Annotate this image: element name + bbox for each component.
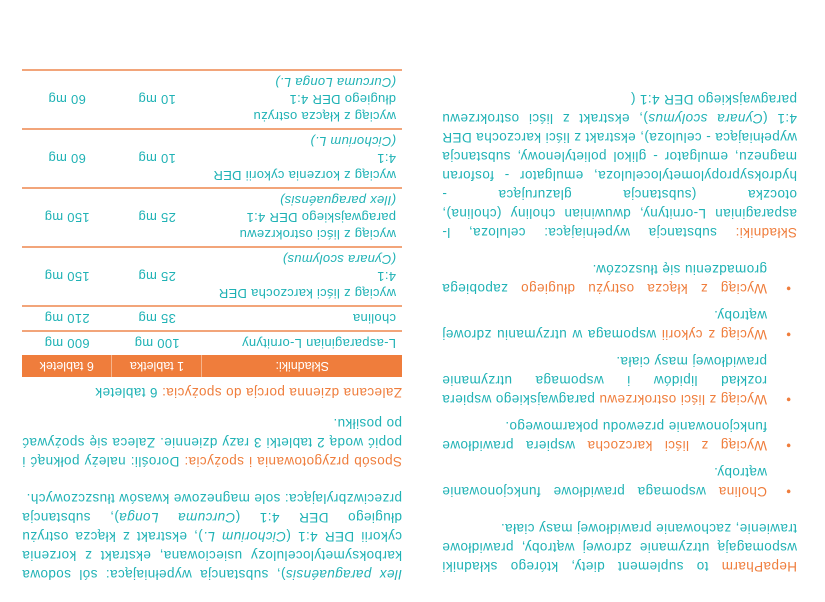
usage-paragraph: Sposób przygotowania i spożycia: Dorośli… [22, 414, 402, 471]
ingredients-table: Składniki: 1 tabletka 6 tabletek L-aspar… [22, 69, 402, 377]
right-column: Ilex paraguaénsis), substancja wypełniaj… [0, 0, 420, 602]
bullet-icon: • [786, 482, 791, 501]
ingredient-name: wyciąg z liści karczocha DER 4:1(Cynara … [202, 247, 402, 306]
ingredient-name: wyciąg z kłącza ostryżu długiego DER 4:1… [202, 70, 402, 129]
daily-dose-label: Zalecana dzienna porcja do spożycia: [162, 385, 402, 400]
per-tablet-value: 100 mg [112, 331, 202, 355]
bullet-icon: • [786, 325, 791, 344]
per-tablet-value: 35 mg [112, 306, 202, 331]
latin-name: Cynara scolymus [648, 111, 763, 126]
benefit-text: wspomaga prawidłowe funkcjonowanie wątro… [442, 465, 767, 499]
per-tablet-value: 10 mg [112, 129, 202, 188]
ingredient-label: wyciąg z liści ostrokrzewu paragwajskieg… [239, 210, 396, 242]
benefit-highlight: Wyciąg z liści ostrokrzewu [599, 392, 767, 407]
daily-value: 60 mg [22, 70, 112, 129]
bullet-icon: • [786, 436, 791, 455]
bullet-icon: • [786, 390, 791, 409]
table-row: wyciąg z liści karczocha DER 4:1(Cynara … [22, 247, 402, 306]
table-row: wyciąg z korzenia cykorii DER 4:1(Cichor… [22, 129, 402, 188]
list-item: •Cholina wspomaga prawidłowe funkcjonowa… [442, 463, 797, 501]
daily-value: 210 mg [22, 306, 112, 331]
daily-value: 150 mg [22, 247, 112, 306]
usage-label: Sposób przygotowania i spożycia: [184, 454, 402, 469]
latin-name: Ilex paraguaénsis [285, 567, 402, 582]
leaflet-page: HepaPharm to suplement diety, którego sk… [0, 0, 825, 602]
ingredient-label: cholina [353, 311, 396, 326]
ingredient-label: wyciąg z liści karczocha DER 4:1 [219, 269, 396, 301]
latin-name: (Ilex paraguaénsis) [280, 193, 396, 208]
ingredient-name: wyciąg z korzenia cykorii DER 4:1(Cichor… [202, 129, 402, 188]
ingredient-name: cholina [202, 306, 402, 331]
bullet-icon: • [786, 279, 791, 298]
brand-name: HepaPharm [721, 559, 797, 574]
ingredient-label: wyciąg z kłącza ostryżu długiego DER 4:1 [253, 92, 396, 124]
table-row: wyciąg z liści ostrokrzewu paragwajskieg… [22, 188, 402, 247]
benefit-highlight: Wyciąg z kłącza ostryżu długiego [521, 281, 767, 296]
daily-value: 60 mg [22, 129, 112, 188]
ingredient-label: L-asparaginian L-ornityny [242, 336, 396, 351]
daily-dose-value: 6 tabletek [95, 385, 162, 400]
latin-name: Cichorium L. [203, 529, 286, 544]
daily-value: 600 mg [22, 331, 112, 355]
latin-name: Curcuma Longa [119, 510, 235, 525]
benefit-highlight: Cholina [718, 484, 767, 499]
benefit-highlight: Wyciąg z cykorii [662, 327, 768, 342]
per-tablet-value: 25 mg [112, 188, 202, 247]
table-row: wyciąg z kłącza ostryżu długiego DER 4:1… [22, 70, 402, 129]
list-item: •Wyciąg z cykorii wspomaga w utrzymaniu … [442, 306, 797, 344]
column-header: 1 tabletka [112, 355, 202, 377]
table-row: cholina35 mg210 mg [22, 306, 402, 331]
left-column: HepaPharm to suplement diety, którego sk… [420, 0, 825, 602]
column-header: Składniki: [202, 355, 402, 377]
benefits-list: •Cholina wspomaga prawidłowe funkcjonowa… [442, 260, 797, 501]
per-tablet-value: 10 mg [112, 70, 202, 129]
ingredient-name: L-asparaginian L-ornityny [202, 331, 402, 355]
daily-value: 150 mg [22, 188, 112, 247]
intro-paragraph: HepaPharm to suplement diety, którego sk… [442, 519, 797, 576]
table-row: L-asparaginian L-ornityny100 mg600 mg [22, 331, 402, 355]
list-item: •Wyciąg z liści ostrokrzewu paragwajskie… [442, 352, 797, 409]
table-header-row: Składniki: 1 tabletka 6 tabletek [22, 355, 402, 377]
latin-name: (Curcuma Longa L.) [275, 75, 396, 90]
ingredient-name: wyciąg z liści ostrokrzewu paragwajskieg… [202, 188, 402, 247]
latin-name: (Cichorium L.) [310, 134, 396, 149]
latin-name: (Cynara scolymus) [283, 252, 396, 267]
column-header: 6 tabletek [22, 355, 112, 377]
ingredients-paragraph: Składniki: substancja wypełniająca: celu… [442, 90, 797, 242]
benefit-highlight: Wyciąg z liści karczocha [587, 438, 767, 453]
list-item: •Wyciąg z kłącza ostryżu długiego zapobi… [442, 260, 797, 298]
ingredients-continued: Ilex paraguaénsis), substancja wypełniaj… [22, 489, 402, 584]
ingredient-label: wyciąg z korzenia cykorii DER 4:1 [213, 151, 396, 183]
per-tablet-value: 25 mg [112, 247, 202, 306]
ingredients-text: substancja wypełniająca: celuloza, l-asp… [442, 111, 797, 240]
daily-dose: Zalecana dzienna porcja do spożycia: 6 t… [22, 383, 402, 402]
list-item: •Wyciąg z liści karczocha wspiera prawid… [442, 417, 797, 455]
ingredients-label: Składniki: [735, 225, 797, 240]
